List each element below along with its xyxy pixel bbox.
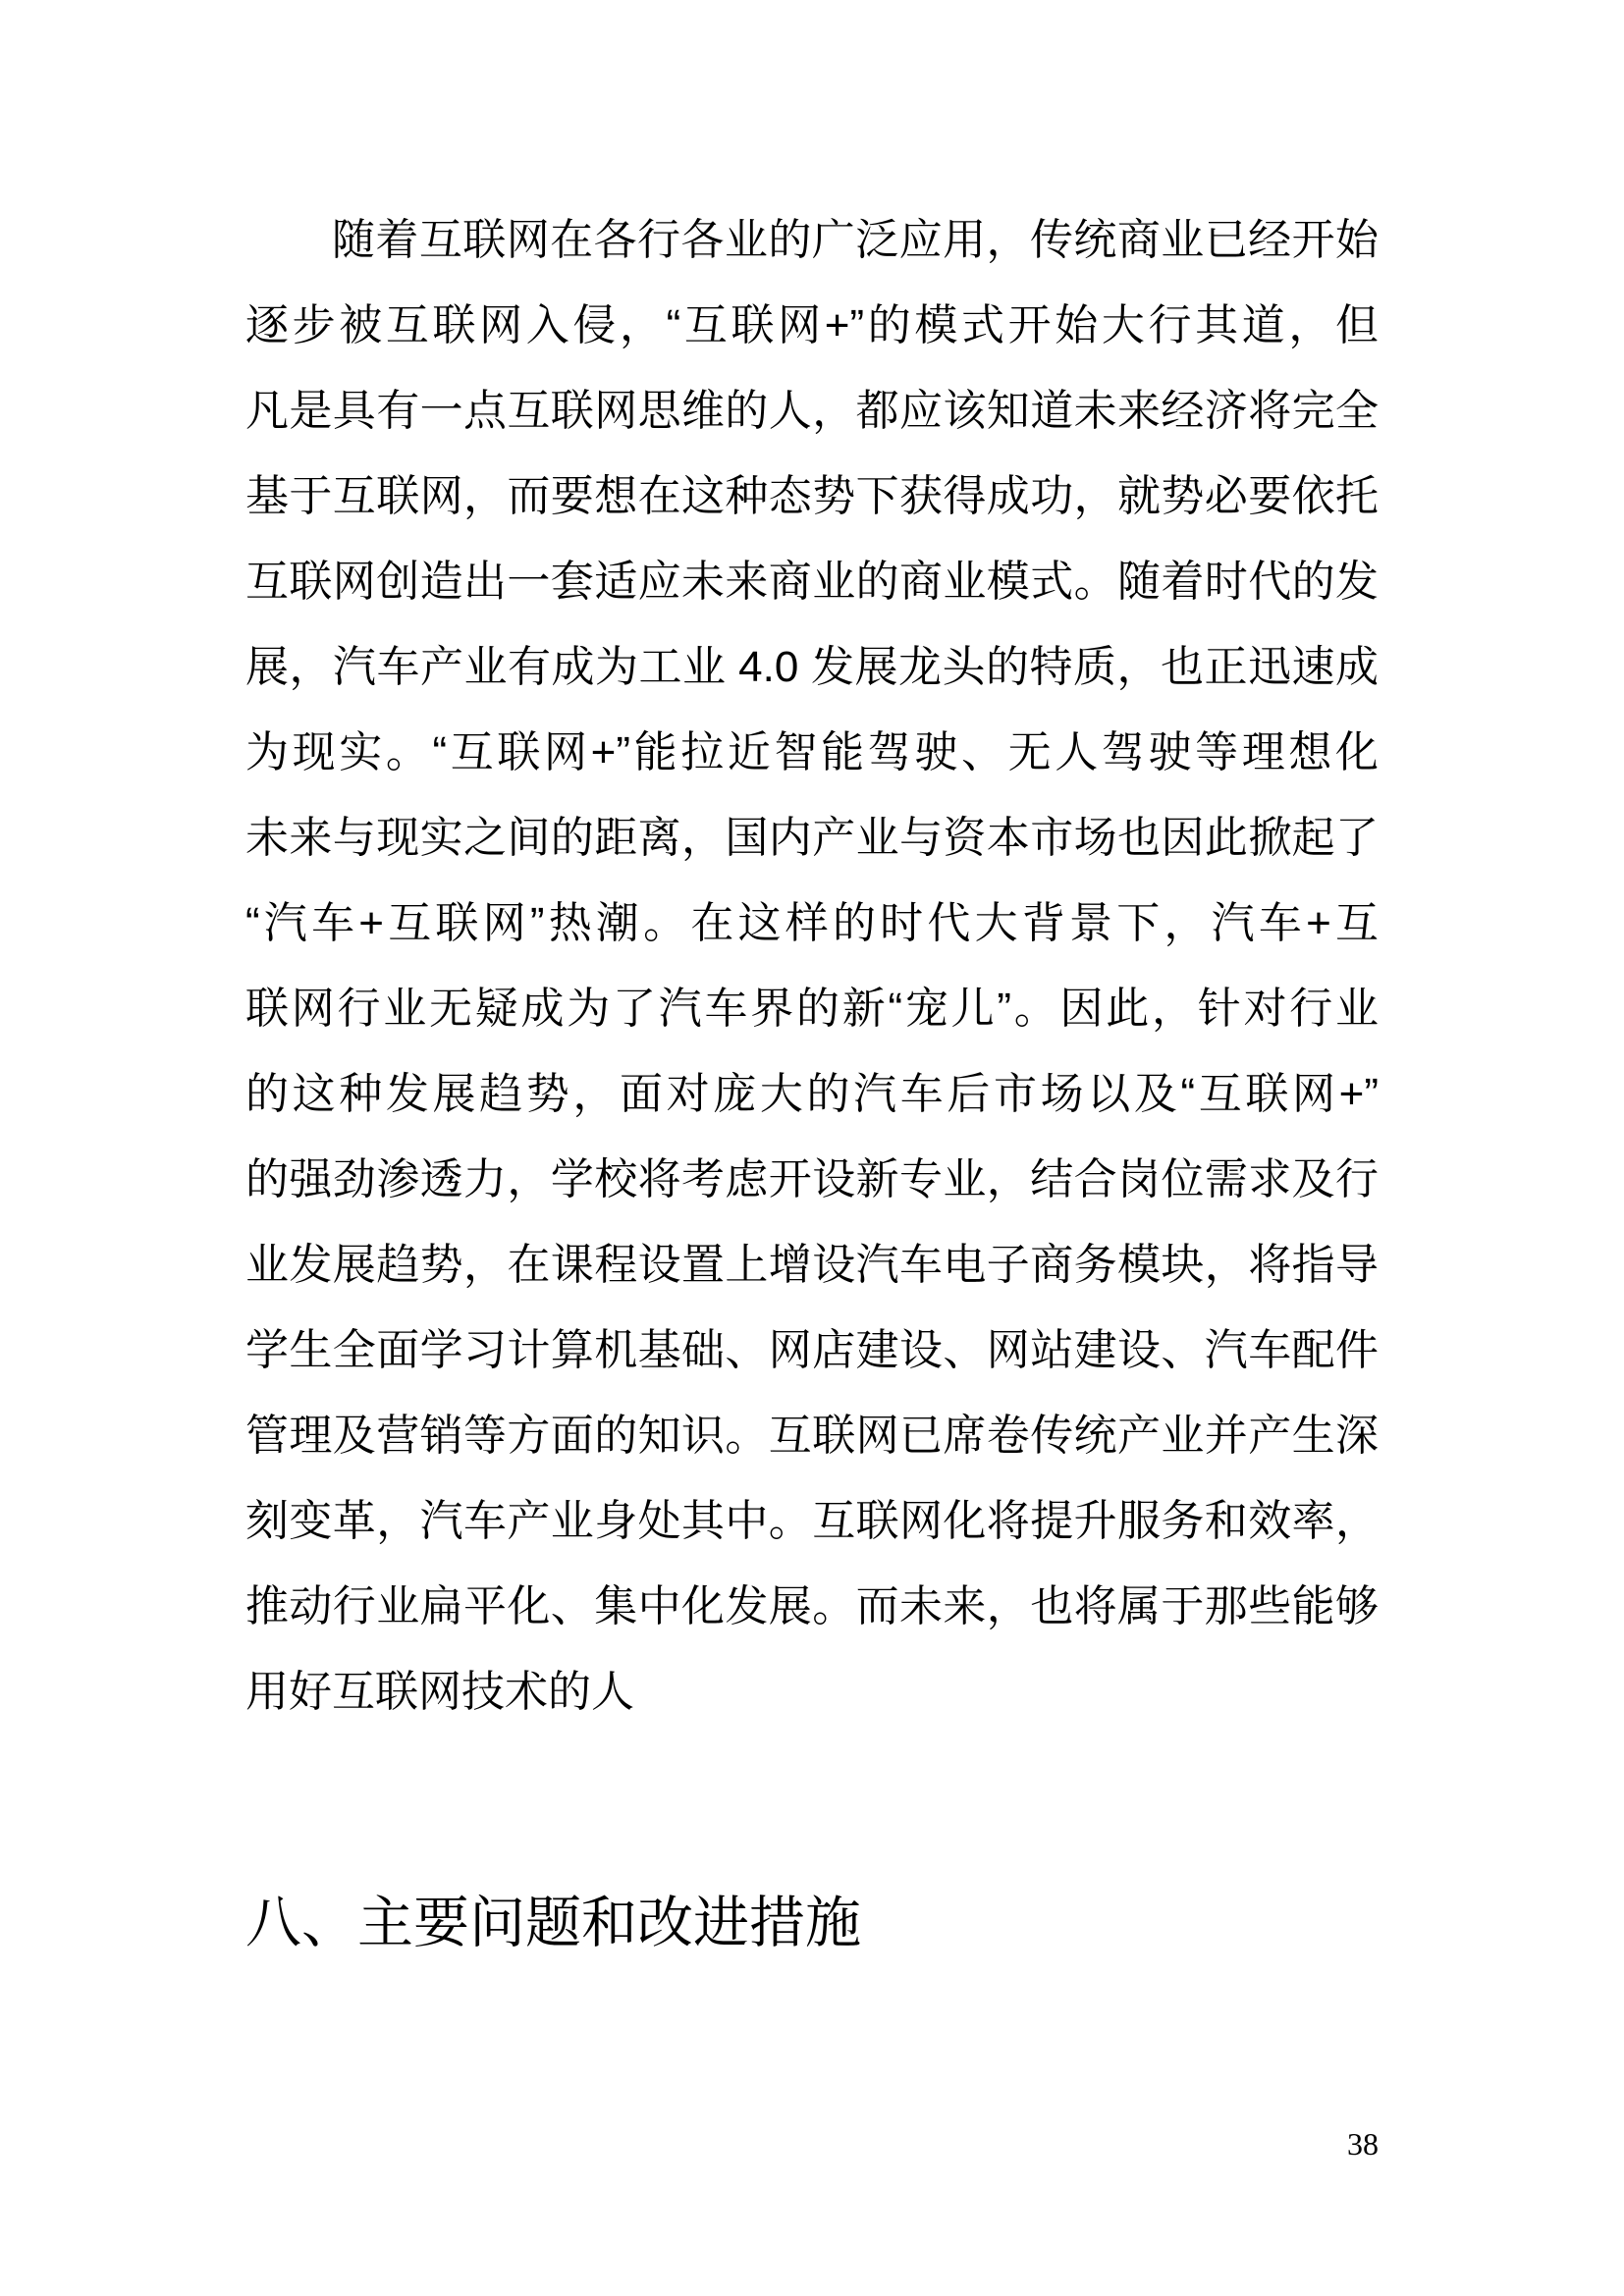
paragraph-line: 业发展趋势，在课程设置上增设汽车电子商务模块，将指导 bbox=[245, 1222, 1379, 1308]
page-number: 38 bbox=[1347, 2127, 1379, 2162]
paragraph-line: 刻变革，汽车产业身处其中。互联网化将提升服务和效率， bbox=[245, 1478, 1379, 1564]
paragraph-line: 学生全面学习计算机基础、网店建设、网站建设、汽车配件 bbox=[245, 1308, 1379, 1393]
paragraph-line: 的强劲渗透力，学校将考虑开设新专业，结合岗位需求及行 bbox=[245, 1137, 1379, 1222]
paragraph-line: “汽车+互联网”热潮。在这样的时代大背景下，汽车+互 bbox=[245, 881, 1379, 966]
paragraph-line: 凡是具有一点互联网思维的人，都应该知道未来经济将完全 bbox=[245, 368, 1379, 454]
paragraph-line: 的这种发展趋势，面对庞大的汽车后市场以及“互联网+” bbox=[245, 1051, 1379, 1137]
body-paragraph: 随着互联网在各行各业的广泛应用，传统商业已经开始 逐步被互联网入侵，“互联网+”… bbox=[245, 197, 1379, 1735]
paragraph-line: 用好互联网技术的人 bbox=[245, 1649, 1379, 1735]
section-heading: 八、主要问题和改进措施 bbox=[245, 1890, 861, 1956]
paragraph-line: 逐步被互联网入侵，“互联网+”的模式开始大行其道，但 bbox=[245, 283, 1379, 368]
paragraph-line: 未来与现实之间的距离，国内产业与资本市场也因此掀起了 bbox=[245, 795, 1379, 881]
document-page: 随着互联网在各行各业的广泛应用，传统商业已经开始 逐步被互联网入侵，“互联网+”… bbox=[0, 0, 1624, 2296]
paragraph-line: 为现实。“互联网+”能拉近智能驾驶、无人驾驶等理想化 bbox=[245, 710, 1379, 795]
paragraph-line: 联网行业无疑成为了汽车界的新“宠儿”。因此，针对行业 bbox=[245, 966, 1379, 1051]
paragraph-line: 管理及营销等方面的知识。互联网已席卷传统产业并产生深 bbox=[245, 1393, 1379, 1478]
paragraph-line: 展，汽车产业有成为工业 4.0 发展龙头的特质，也正迅速成 bbox=[245, 624, 1379, 710]
paragraph-line: 互联网创造出一套适应未来商业的商业模式。随着时代的发 bbox=[245, 539, 1379, 624]
paragraph-line: 推动行业扁平化、集中化发展。而未来，也将属于那些能够 bbox=[245, 1564, 1379, 1649]
paragraph-line: 随着互联网在各行各业的广泛应用，传统商业已经开始 bbox=[245, 197, 1379, 283]
paragraph-line: 基于互联网，而要想在这种态势下获得成功，就势必要依托 bbox=[245, 454, 1379, 539]
